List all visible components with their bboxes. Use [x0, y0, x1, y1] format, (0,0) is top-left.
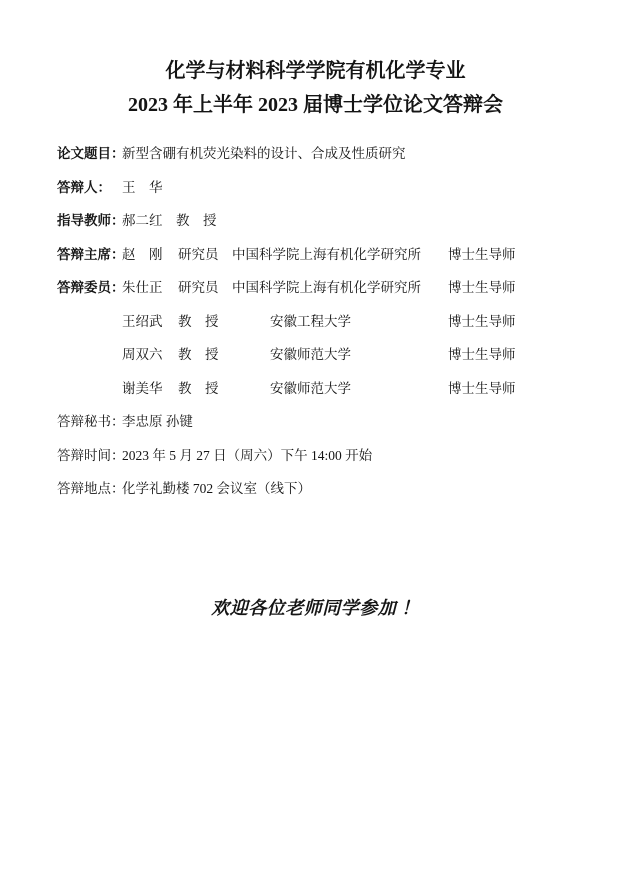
document-body: 论文题目： 新型含硼有机荧光染料的设计、合成及性质研究 答辩人： 王 华 指导教…: [57, 137, 591, 506]
chair-row: 答辩主席： 赵 刚 研究员 中国科学院上海有机化学研究所 博士生导师: [57, 238, 591, 272]
committee-member-row: 谢美华 教 授 安徽师范大学 博士生导师: [57, 372, 591, 406]
welcome-message: 欢迎各位老师同学参加 ！: [0, 594, 631, 620]
secretary-label: 答辩秘书：: [57, 405, 122, 439]
supervisor-name: 郝二红 教 授: [122, 204, 217, 238]
supervisor-label: 指导教师：: [57, 204, 122, 238]
defense-location-value: 化学礼勤楼 702 会议室（线下）: [122, 472, 311, 506]
member-role: 博士生导师: [448, 305, 516, 339]
thesis-title-row: 论文题目： 新型含硼有机荧光染料的设计、合成及性质研究: [57, 137, 591, 171]
committee-label-empty: [57, 338, 122, 372]
chair-label: 答辩主席：: [57, 238, 122, 272]
supervisor-row: 指导教师： 郝二红 教 授: [57, 204, 591, 238]
member-role: 博士生导师: [448, 372, 516, 406]
committee-label-empty: [57, 372, 122, 406]
member-institution: 中国科学院上海有机化学研究所: [232, 238, 448, 272]
member-title: 教 授: [178, 305, 232, 339]
committee-member-row: 王绍武 教 授 安徽工程大学 博士生导师: [57, 305, 591, 339]
member-title: 研究员: [178, 271, 232, 305]
doc-title-line-2: 2023 年上半年 2023 届博士学位论文答辩会: [0, 88, 631, 122]
defender-name: 王 华: [122, 171, 163, 205]
member-title: 研究员: [178, 238, 232, 272]
defender-label: 答辩人：: [57, 171, 122, 205]
secretary-row: 答辩秘书： 李忠原 孙键: [57, 405, 591, 439]
committee-label: 答辩委员：: [57, 271, 122, 305]
member-name: 周双六: [122, 338, 178, 372]
member-title: 教 授: [178, 372, 232, 406]
committee-member-row: 答辩委员： 朱仕正 研究员 中国科学院上海有机化学研究所 博士生导师: [57, 271, 591, 305]
defender-row: 答辩人： 王 华: [57, 171, 591, 205]
member-title: 教 授: [178, 338, 232, 372]
member-name: 赵 刚: [122, 238, 178, 272]
member-institution: 安徽工程大学: [232, 305, 448, 339]
defense-time-label: 答辩时间：: [57, 439, 122, 473]
member-name: 谢美华: [122, 372, 178, 406]
defense-time-value: 2023 年 5 月 27 日（周六）下午 14:00 开始: [122, 439, 372, 473]
member-role: 博士生导师: [448, 271, 516, 305]
secretary-names: 李忠原 孙键: [122, 405, 193, 439]
document-page: 化学与材料科学学院有机化学专业 2023 年上半年 2023 届博士学位论文答辩…: [0, 0, 631, 880]
defense-time-row: 答辩时间： 2023 年 5 月 27 日（周六）下午 14:00 开始: [57, 439, 591, 473]
doc-title-line-1: 化学与材料科学学院有机化学专业: [0, 54, 631, 88]
defense-location-row: 答辩地点： 化学礼勤楼 702 会议室（线下）: [57, 472, 591, 506]
thesis-title-value: 新型含硼有机荧光染料的设计、合成及性质研究: [122, 137, 406, 171]
defense-location-label: 答辩地点：: [57, 472, 122, 506]
member-institution: 安徽师范大学: [232, 338, 448, 372]
member-name: 朱仕正: [122, 271, 178, 305]
member-institution: 中国科学院上海有机化学研究所: [232, 271, 448, 305]
member-institution: 安徽师范大学: [232, 372, 448, 406]
member-role: 博士生导师: [448, 238, 516, 272]
member-role: 博士生导师: [448, 338, 516, 372]
member-name: 王绍武: [122, 305, 178, 339]
committee-label-empty: [57, 305, 122, 339]
committee-member-row: 周双六 教 授 安徽师范大学 博士生导师: [57, 338, 591, 372]
document-header: 化学与材料科学学院有机化学专业 2023 年上半年 2023 届博士学位论文答辩…: [0, 0, 631, 122]
thesis-title-label: 论文题目：: [57, 137, 122, 171]
